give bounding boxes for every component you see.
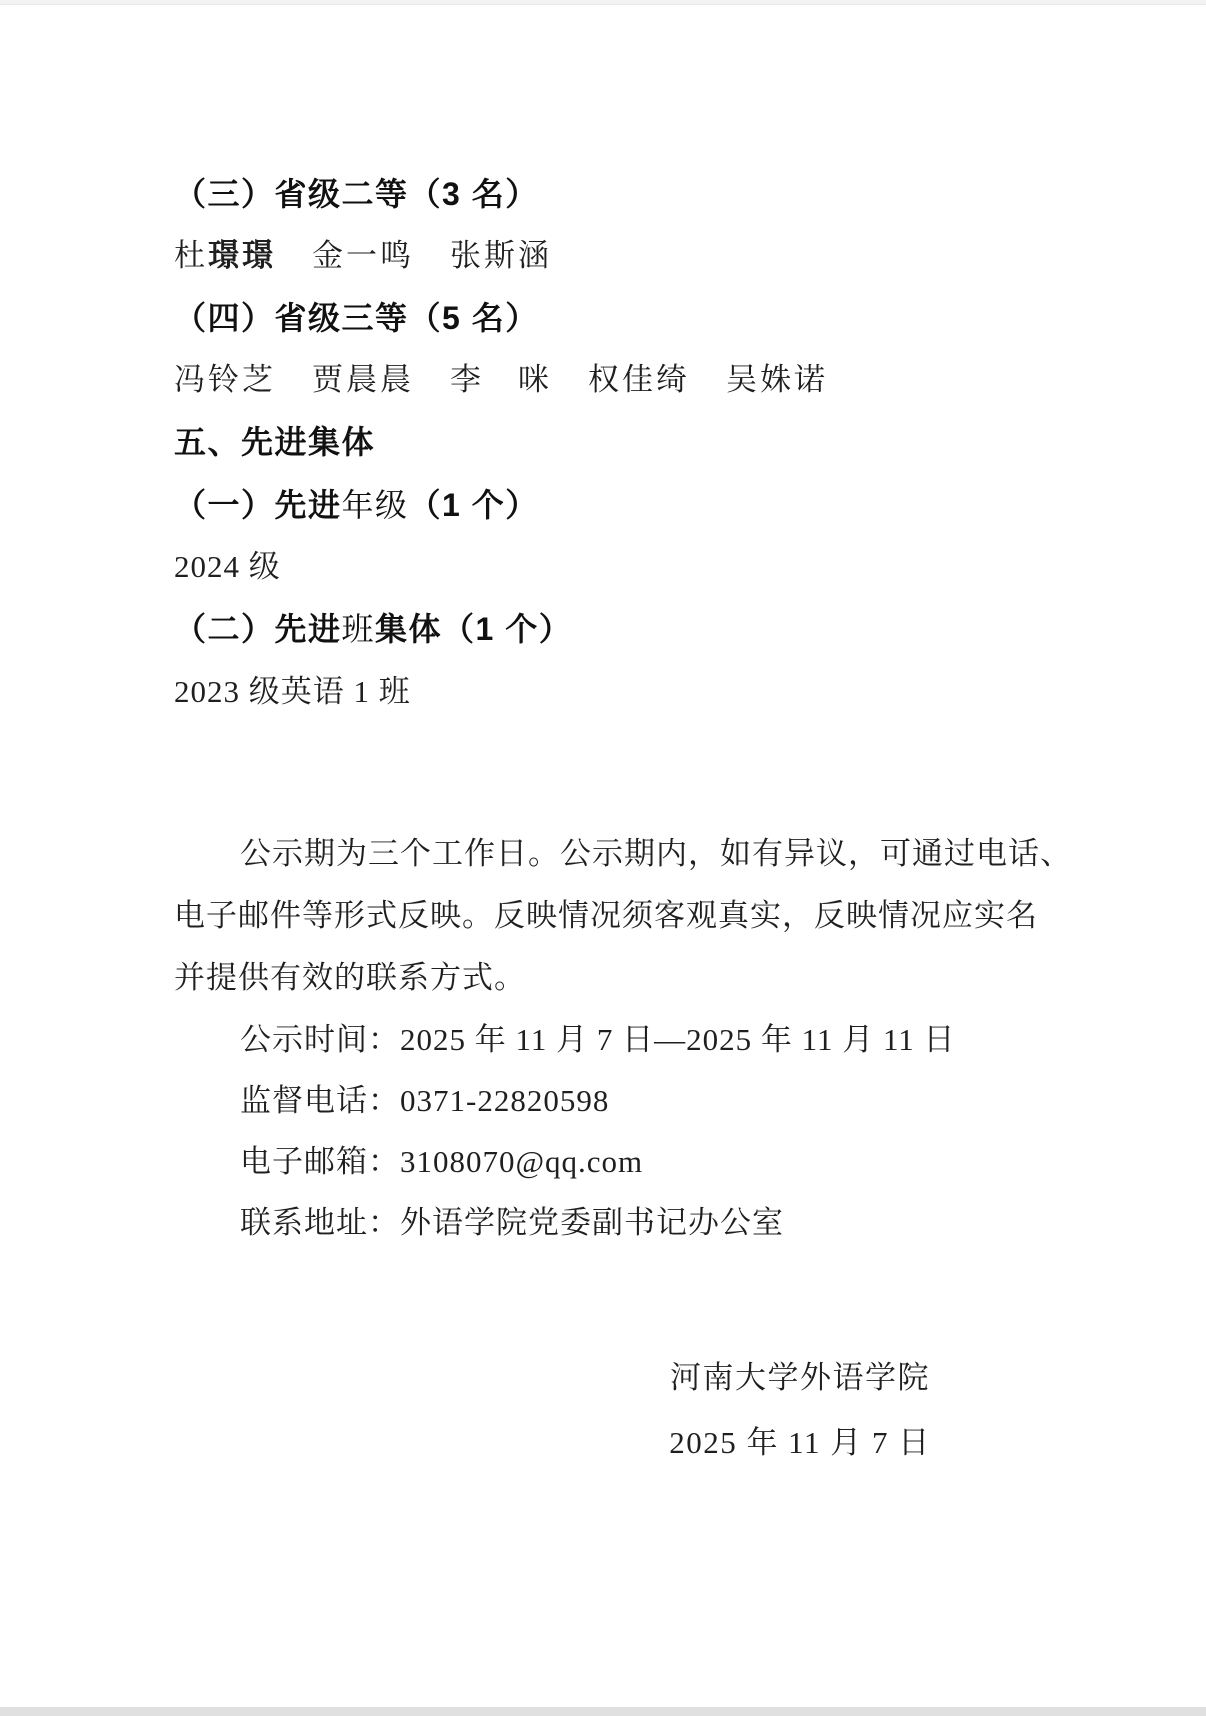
email-line: 电子邮箱：3108070@qq.com — [240, 1140, 643, 1184]
awardee-name: 吴姝诺 — [726, 358, 828, 402]
heading-advanced-grade-light: 年级 — [342, 487, 409, 523]
signature-date: 2025 年 11 月 7 日 — [560, 1421, 1040, 1465]
supervision-phone-line: 监督电话：0371-22820598 — [240, 1079, 609, 1123]
heading-provincial-second-class: （三）省级二等（3 名） — [174, 172, 539, 216]
names-provincial-third-class: 冯铃芝 贾晨晨 李 咪 权佳绮 吴姝诺 — [174, 358, 828, 402]
heading-provincial-third-count: （5 名） — [409, 300, 539, 336]
section-heading-advanced-collectives: 五、先进集体 — [174, 420, 375, 464]
awardee-name: 张斯涵 — [450, 234, 552, 278]
heading-provincial-second-count: （3 名） — [409, 176, 539, 212]
awardee-name: 杜璟璟 — [174, 234, 276, 278]
awardee-name: 权佳绮 — [588, 358, 690, 402]
notice-document-page: （三）省级二等（3 名） 杜璟璟 金一鸣 张斯涵 （四）省级三等（5 名） 冯铃… — [0, 0, 1206, 1716]
awardee-name: 金一鸣 — [312, 234, 414, 278]
signature-organization: 河南大学外语学院 — [560, 1356, 1040, 1400]
awardee-name: 李 咪 — [450, 358, 552, 402]
awardee-name: 冯铃芝 — [174, 358, 276, 402]
heading-advanced-class-lead: （二）先进 — [174, 611, 342, 647]
heading-advanced-class-light: 班 — [342, 611, 376, 647]
notice-paragraph-line-2: 电子邮件等形式反映。反映情况须客观真实，反映情况应实名 — [174, 894, 1038, 938]
section-heading-text: 五、先进集体 — [174, 424, 375, 460]
awardee-name: 贾晨晨 — [312, 358, 414, 402]
awardee-name-substituted-glyphs: 璟璟 — [208, 238, 276, 274]
value-advanced-grade: 2024 级 — [174, 545, 281, 589]
value-advanced-class: 2023 级英语 1 班 — [174, 670, 411, 714]
heading-advanced-grade-count: （1 个） — [409, 487, 539, 523]
awardee-name-regular-part: 杜 — [174, 238, 208, 273]
heading-provincial-second-text: （三）省级二等 — [174, 176, 409, 212]
heading-provincial-third-text: （四）省级三等 — [174, 300, 409, 336]
page-top-edge — [0, 0, 1206, 5]
heading-advanced-class-count: （1 个） — [442, 611, 572, 647]
heading-provincial-third-class: （四）省级三等（5 名） — [174, 296, 539, 340]
heading-advanced-grade: （一）先进年级（1 个） — [174, 483, 539, 527]
notice-paragraph-line-3: 并提供有效的联系方式。 — [174, 956, 526, 1000]
heading-advanced-class: （二）先进班集体（1 个） — [174, 607, 572, 651]
names-provincial-second-class: 杜璟璟 金一鸣 张斯涵 — [174, 234, 552, 278]
heading-advanced-grade-lead: （一）先进 — [174, 487, 342, 523]
heading-advanced-class-bold-tail: 集体 — [375, 611, 442, 647]
contact-address-line: 联系地址：外语学院党委副书记办公室 — [240, 1201, 784, 1245]
page-bottom-edge — [0, 1707, 1206, 1716]
notice-period-line: 公示时间：2025 年 11 月 7 日—2025 年 11 月 11 日 — [240, 1018, 956, 1062]
notice-paragraph-line-1: 公示期为三个工作日。公示期内，如有异议，可通过电话、 — [240, 832, 1072, 876]
